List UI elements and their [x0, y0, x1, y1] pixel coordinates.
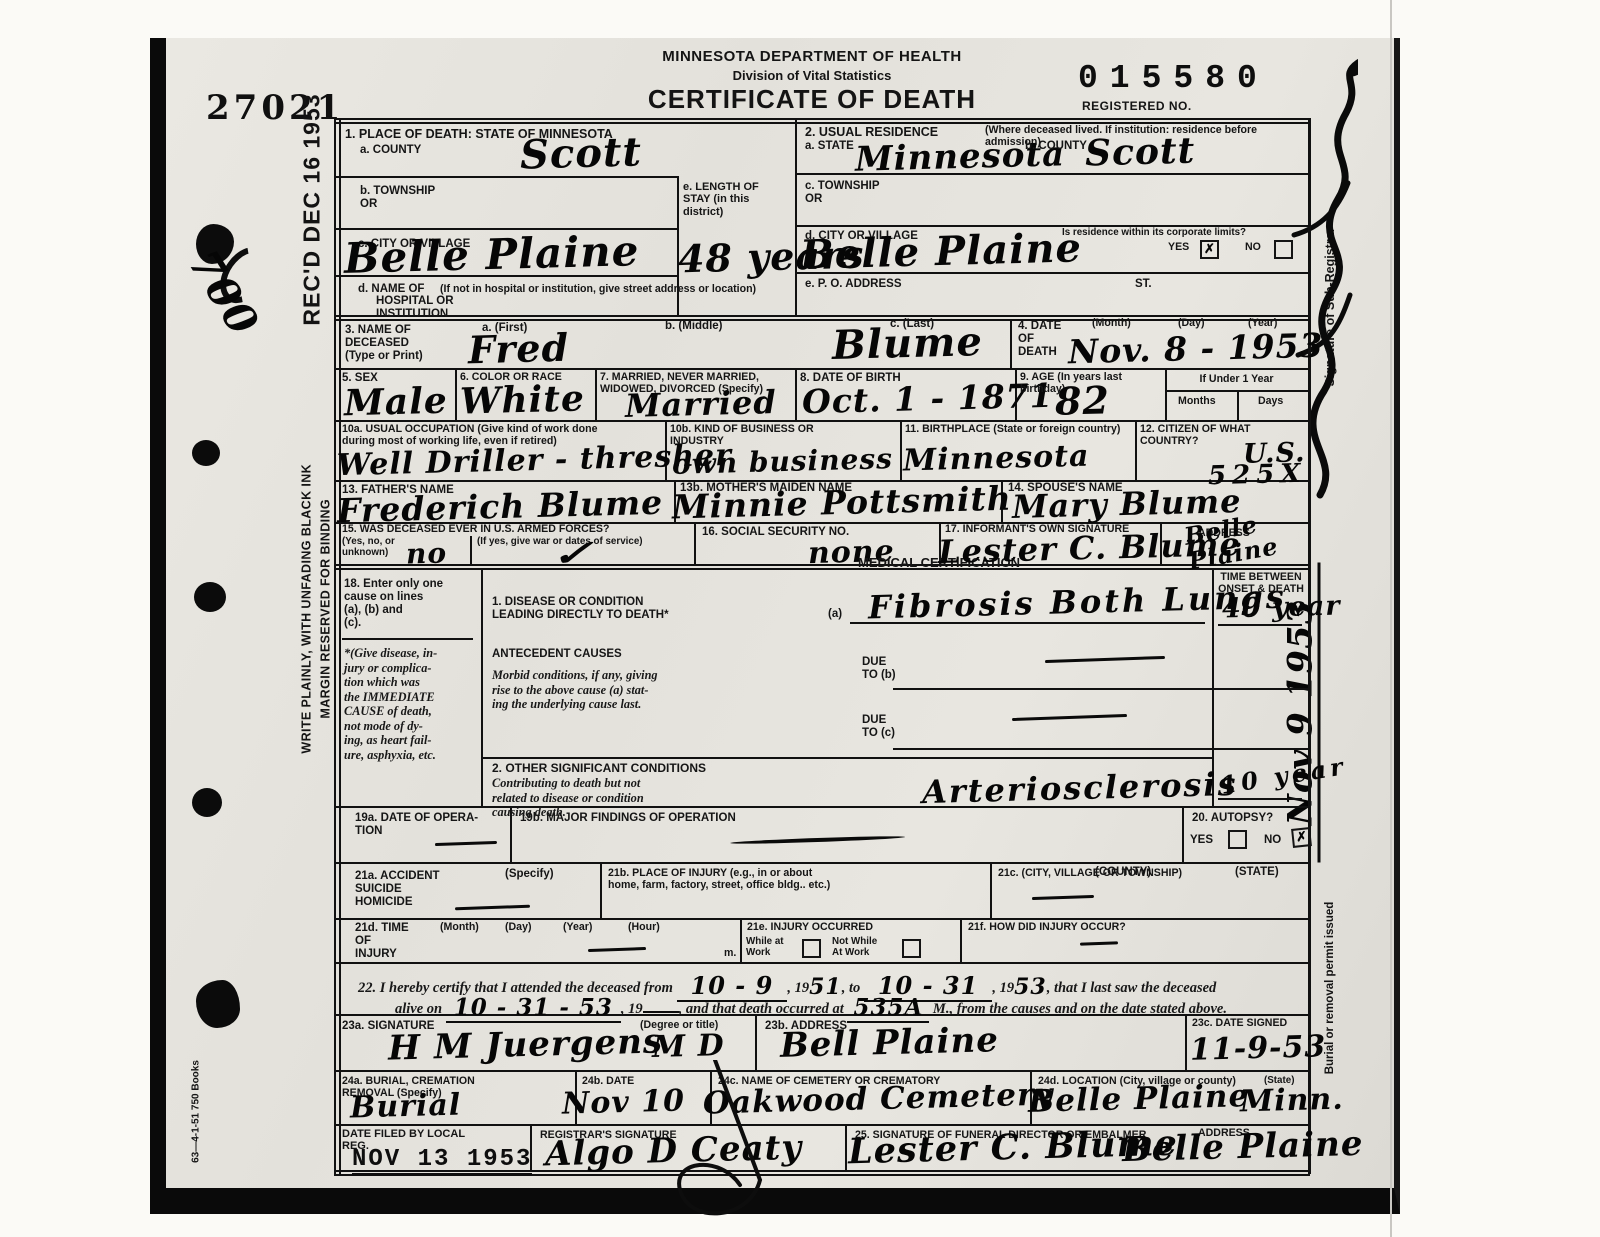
- s19b-label: 19b. MAJOR FINDINGS OF OPERATION: [520, 812, 736, 825]
- s21a-label: 21a. ACCIDENT SUICIDE HOMICIDE: [355, 870, 440, 909]
- punch-hole: [192, 788, 222, 817]
- onset-a-value: 40 year: [1222, 592, 1341, 622]
- s21d-month-label: (Month): [440, 922, 479, 934]
- ruled-line: [795, 368, 797, 420]
- ruled-line: [455, 368, 457, 420]
- ink-blob: [196, 980, 240, 1028]
- s21d-year-label: (Year): [563, 922, 592, 934]
- s13-value: Frederich Blume: [337, 486, 664, 528]
- s20-no-checkbox: ✗: [1291, 827, 1312, 848]
- punch-hole: [194, 582, 226, 612]
- other-conditions-value: Arteriosclerosis: [922, 768, 1238, 808]
- received-date-stamp: REC'D DEC 16 1953: [299, 80, 326, 340]
- s5-value: Male: [344, 383, 449, 422]
- ruled-line: [334, 315, 1310, 317]
- s14-code: 525X: [1208, 461, 1307, 490]
- ruled-line: [990, 862, 992, 918]
- ruled-line: [740, 918, 742, 962]
- s20-no-checkmark: ✗: [1295, 828, 1307, 844]
- s1-hospital-note: (If not in hospital or institution, give…: [440, 284, 756, 296]
- s18-note: *(Give disease, in- jury or complica- ti…: [344, 646, 437, 762]
- s20-yes-label: YES: [1190, 834, 1213, 847]
- s2-county-value: Scott: [1085, 133, 1196, 172]
- s3-middle-label: b. (Middle): [665, 320, 723, 333]
- s4-value: Nov. 8 - 1953: [1068, 329, 1324, 369]
- ruled-line: [334, 118, 1310, 120]
- s21c-state-label: (STATE): [1235, 866, 1279, 879]
- s21f-label: 21f. HOW DID INJURY OCCUR?: [968, 922, 1126, 934]
- s8-value: Oct. 1 - 1871: [802, 379, 1054, 419]
- s21b-label: 21b. PLACE OF INJURY (e.g., in or about …: [608, 868, 830, 892]
- s21d-day-label: (Day): [505, 922, 532, 934]
- s21e-notwhile-label: Not While At Work: [832, 937, 877, 959]
- ruled-line: [334, 962, 1310, 964]
- s1-township-label: b. TOWNSHIP OR: [360, 185, 435, 211]
- ruled-line: [595, 368, 597, 420]
- s15-sub1: (Yes, no, or unknown): [342, 537, 395, 559]
- s1-county-label: a. COUNTY: [360, 144, 421, 157]
- due-b-label: DUE TO (b): [862, 656, 896, 682]
- s22-text3: alive on: [395, 1001, 442, 1017]
- s2-yes-label: YES: [1168, 242, 1189, 254]
- s12-label: 12. CITIZEN OF WHAT COUNTRY?: [1140, 424, 1250, 448]
- s21e-while-checkbox: [802, 939, 821, 958]
- ruled-line: [334, 862, 1310, 864]
- s2-street-label: ST.: [1135, 278, 1152, 291]
- s22-text5: , and that death occurred at: [679, 1001, 844, 1017]
- ruled-line: [1185, 1014, 1187, 1070]
- s15-value: no: [406, 539, 448, 568]
- s20-yes-checkbox: [1228, 830, 1247, 849]
- binding-note-line1: WRITE PLAINLY, WITH UNFADING BLACK INK: [297, 359, 316, 859]
- ruled-line: [795, 118, 797, 315]
- s22-blank: [643, 1011, 679, 1013]
- s13b-value: Minnie Pottsmith: [672, 482, 1013, 524]
- s3-last-value: Blume: [832, 322, 984, 366]
- s6-value: White: [460, 380, 586, 419]
- s22-alive-value: 10 - 31 - 53: [446, 994, 621, 1023]
- s7-value: Married: [625, 386, 778, 422]
- ruled-line: [334, 176, 677, 178]
- ruled-line: [481, 757, 1212, 759]
- antecedent-label: ANTECEDENT CAUSES: [492, 648, 622, 661]
- s21a-specify-label: (Specify): [505, 868, 554, 881]
- s2-no-checkbox: [1274, 240, 1293, 259]
- s22-text4: , 19: [621, 1001, 643, 1017]
- s23c-label: 23c. DATE SIGNED: [1192, 1018, 1287, 1030]
- s9-days-label: Days: [1258, 396, 1283, 408]
- s2-limits-label: Is residence within its corporate limits…: [1062, 228, 1246, 239]
- scan-edge-line: [1390, 0, 1392, 1237]
- ruled-line: [600, 862, 602, 918]
- punch-hole: [192, 440, 220, 466]
- document-title: CERTIFICATE OF DEATH: [562, 84, 1062, 115]
- due-c-label: DUE TO (c): [862, 714, 895, 740]
- s2-yes-checkmark: ✗: [1204, 241, 1215, 256]
- s23c-value: 11-9-53: [1190, 1032, 1327, 1066]
- ruled-line: [893, 688, 1308, 690]
- ruled-line: [893, 748, 1308, 750]
- s1-hospital-label2: HOSPITAL OR INSTITUTION: [376, 295, 454, 321]
- pen-stroke-flourish: [620, 1060, 880, 1230]
- s9-under1-label: If Under 1 Year: [1165, 374, 1308, 386]
- ruled-line: [470, 536, 472, 566]
- s21e-notwhile-checkbox: [902, 939, 921, 958]
- s3-first-value: Fred: [468, 329, 570, 370]
- s9-value: 82: [1055, 381, 1111, 420]
- ruled-line: [900, 420, 902, 480]
- ruled-line: [481, 568, 483, 806]
- ruled-line: [1237, 390, 1239, 420]
- s25-address-value: Belle Plaine: [1122, 1127, 1364, 1167]
- s4-month-label: (Month): [1092, 318, 1131, 330]
- s4-label: 4. DATE OF DEATH: [1018, 320, 1061, 359]
- s2-township-label: c. TOWNSHIP OR: [805, 180, 880, 206]
- ruled-line: [334, 319, 1310, 321]
- s11-label: 11. BIRTHPLACE (State or foreign country…: [905, 424, 1130, 436]
- s22-text6: M., from the causes and on the date stat…: [933, 1001, 1227, 1017]
- margin-binding-note: WRITE PLAINLY, WITH UNFADING BLACK INK M…: [297, 359, 335, 859]
- header-department: MINNESOTA DEPARTMENT OF HEALTH: [562, 48, 1062, 65]
- registered-number: 015580: [1078, 60, 1269, 97]
- certify-statement-line2: alive on 10 - 31 - 53, 19, and that deat…: [395, 994, 1305, 1018]
- s21e-while-label: While at Work: [746, 937, 784, 959]
- binding-note-line2: MARGIN RESERVED FOR BINDING: [316, 359, 335, 859]
- s9-months-label: Months: [1178, 396, 1216, 408]
- s23b-value: Bell Plaine: [780, 1023, 1000, 1063]
- s2-po-address-label: e. P. O. ADDRESS: [805, 278, 902, 291]
- ruled-line: [334, 806, 1310, 808]
- s24a-value: Burial: [350, 1091, 462, 1124]
- disease-label: 1. DISEASE OR CONDITION LEADING DIRECTLY…: [492, 596, 669, 622]
- s20-label: 20. AUTOPSY?: [1192, 812, 1273, 825]
- date-filed-stamp: NOV 13 1953: [352, 1146, 532, 1176]
- disease-a-tag: (a): [828, 608, 842, 621]
- ruled-line: [334, 918, 1310, 920]
- s11-value: Minnesota: [903, 442, 1090, 477]
- s19a-label: 19a. DATE OF OPERA- TION: [355, 812, 478, 838]
- s22-number: 22.: [358, 980, 376, 996]
- s22-time-value: 535A: [847, 994, 929, 1023]
- s23a-degree-value: M D: [652, 1031, 725, 1063]
- s20-no-label: NO: [1264, 834, 1281, 847]
- ruled-line: [960, 918, 962, 962]
- s24d-value: Belle Plaine: [1028, 1081, 1250, 1118]
- s1-city-value: Belle Plaine: [344, 230, 640, 280]
- s21d-m-label: m.: [724, 948, 736, 960]
- morbid-note: Morbid conditions, if any, giving rise t…: [492, 668, 658, 712]
- other-conditions-label: 2. OTHER SIGNIFICANT CONDITIONS: [492, 762, 706, 775]
- s21d-hour-label: (Hour): [628, 922, 660, 934]
- ruled-line: [1135, 420, 1137, 480]
- s2-yes-checkbox: ✗: [1200, 240, 1219, 259]
- form-batch-code: 63—4-1-51 750 Books: [191, 1032, 202, 1192]
- registered-number-label: REGISTERED NO.: [1082, 100, 1192, 113]
- s15-label: 15. WAS DECEASED EVER IN U.S. ARMED FORC…: [342, 524, 702, 536]
- s21c-label: 21c. (CITY, VILLAGE OR TOWNSHIP): [998, 868, 1182, 880]
- s1-length-of-stay-value: 48 years: [678, 236, 865, 279]
- s10b-value: own business: [672, 445, 894, 479]
- ruled-line: [342, 638, 473, 640]
- s18-label: 18. Enter only one cause on lines (a), (…: [344, 578, 443, 630]
- s1-length-of-stay-label: e. LENGTH OF STAY (in this district): [683, 181, 759, 218]
- ruled-line: [1182, 806, 1184, 862]
- s21d-label: 21d. TIME OF INJURY: [355, 922, 409, 961]
- s3-label: 3. NAME OF DECEASED (Type or Print): [345, 324, 423, 363]
- header-division: Division of Vital Statistics: [562, 68, 1062, 83]
- ruled-line: [1010, 319, 1012, 368]
- death-certificate-scan: 27021 REC'D DEC 16 1953 700 WRITE PLAINL…: [0, 0, 1600, 1237]
- s2-state-label: a. STATE: [805, 140, 854, 153]
- s1-county-value: Scott: [519, 132, 642, 175]
- s1-hospital-label: d. NAME OF: [358, 283, 424, 296]
- s24d-state-value: Minn.: [1240, 1085, 1344, 1118]
- s2-title: 2. USUAL RESIDENCE: [805, 125, 938, 139]
- s21e-label: 21e. INJURY OCCURRED: [747, 922, 873, 934]
- s15-checkmark: ✓: [548, 537, 599, 573]
- s2-no-label: NO: [1245, 242, 1261, 254]
- s2-county-label: b. COUNTY: [1025, 140, 1087, 153]
